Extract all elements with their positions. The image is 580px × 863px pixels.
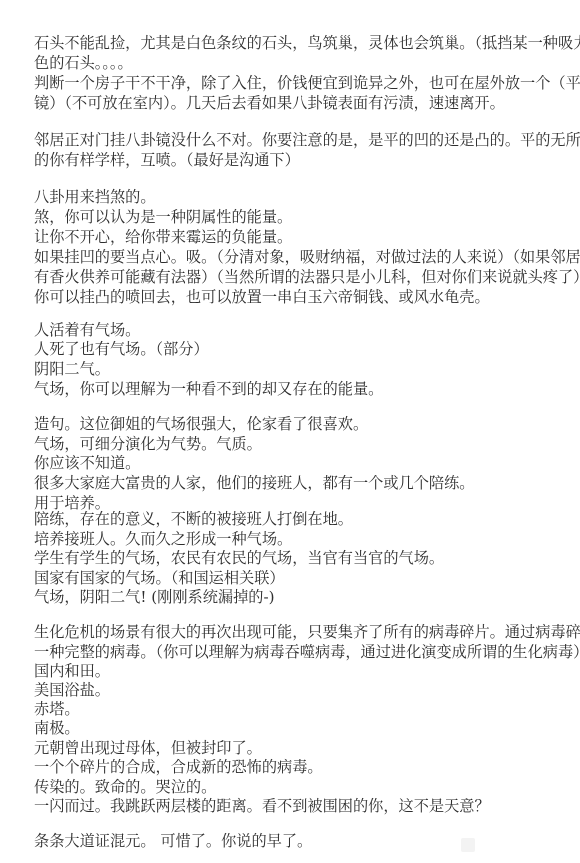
faint-watermark-mark: [461, 838, 475, 852]
text-line: 镜）（不可放在室内）。几天后去看如果八卦镜表面有污渍，速速离开。: [34, 94, 546, 113]
text-line: 人死了也有气场。（部分）: [34, 340, 546, 359]
text-line: 煞，你可以认为是一种阴属性的能量。: [34, 208, 546, 227]
text-line: 色的石头。。。。: [34, 54, 546, 73]
text-line: 气场，可细分演化为气势。气质。: [34, 435, 546, 454]
text-line: 传染的。致命的。哭泣的。: [34, 778, 546, 797]
text-line: 八卦用来挡煞的。: [34, 188, 546, 207]
text-line: 造句。这位御姐的气场很强大，伦家看了很喜欢。: [34, 415, 546, 434]
text-line: 让你不开心，给你带来霉运的负能量。: [34, 228, 546, 247]
text-line: 美国浴盐。: [34, 681, 546, 700]
text-line: 赤塔。: [34, 700, 546, 719]
text-line: 你可以挂凸的喷回去，也可以放置一串白玉六帝铜钱、或风水龟壳。: [34, 288, 546, 307]
text-line: 元朝曾出现过母体，但被封印了。: [34, 739, 546, 758]
text-line: 有香火供养可能藏有法器）（当然所谓的法器只是小儿科，但对你们来说就头疼了）: [34, 268, 546, 287]
document-page: 石头不能乱捡，尤其是白色条纹的石头，鸟筑巢，灵体也会筑巢。（抵挡某一种吸力）白 …: [0, 0, 580, 863]
text-line: 国内和田。: [34, 662, 546, 681]
text-line: 气场，阴阳二气! (刚刚系统漏掉的-): [34, 588, 546, 607]
text-line: 一种完整的病毒。（你可以理解为病毒吞噬病毒，通过进化演变成所谓的生化病毒）: [34, 643, 546, 662]
text-line: 生化危机的场景有很大的再次出现可能，只要集齐了所有的病毒碎片。通过病毒碎片合成: [34, 623, 546, 642]
text-line: 一个个碎片的合成，合成新的恐怖的病毒。: [34, 758, 546, 777]
text-line: 判断一个房子干不干净，除了入住，价钱便宜到诡异之外，也可在屋外放一个（平面八卦: [34, 74, 546, 93]
text-line: 石头不能乱捡，尤其是白色条纹的石头，鸟筑巢，灵体也会筑巢。（抵挡某一种吸力）白: [34, 34, 546, 53]
text-line: 学生有学生的气场，农民有农民的气场，当官有当官的气场。: [34, 549, 546, 568]
text-line: 很多大家庭大富贵的人家，他们的接班人，都有一个或几个陪练。: [34, 474, 546, 493]
text-line: 培养接班人。久而久之形成一种气场。: [34, 530, 546, 549]
text-line: 阴阳二气。: [34, 360, 546, 379]
text-line: 气场，你可以理解为一种看不到的却又存在的能量。: [34, 380, 546, 399]
text-line: 南极。: [34, 719, 546, 738]
text-line: 陪练，存在的意义，不断的被接班人打倒在地。: [34, 510, 546, 529]
text-line: 国家有国家的气场。（和国运相关联）: [34, 569, 546, 588]
text-line: 如果挂凹的要当点心。吸。（分清对象，吸财纳福，对做过法的人来说）（如果邻居家里: [34, 248, 546, 267]
text-line: 你应该不知道。: [34, 454, 546, 473]
text-line: 一闪而过。我跳跃两层楼的距离。看不到被围困的你，这不是天意？: [34, 797, 546, 816]
text-line: 的你有样学样，互喷。（最好是沟通下）: [34, 151, 546, 170]
text-line: 人活着有气场。: [34, 321, 546, 340]
text-line: 邻居正对门挂八卦镜没什么不对。你要注意的是，是平的凹的还是凸的。平的无所谓。凸: [34, 131, 546, 150]
